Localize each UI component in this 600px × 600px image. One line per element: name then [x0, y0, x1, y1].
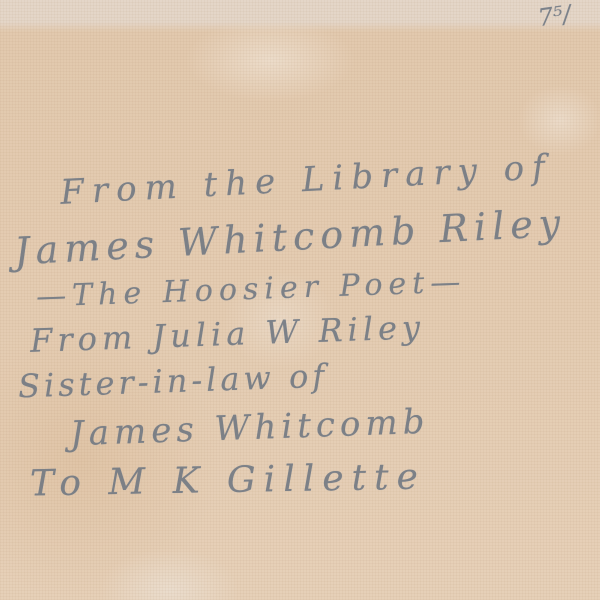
inscription-line-7: To M K Gillette — [30, 457, 426, 505]
corner-price-mark: 7⁵/ — [536, 0, 573, 32]
